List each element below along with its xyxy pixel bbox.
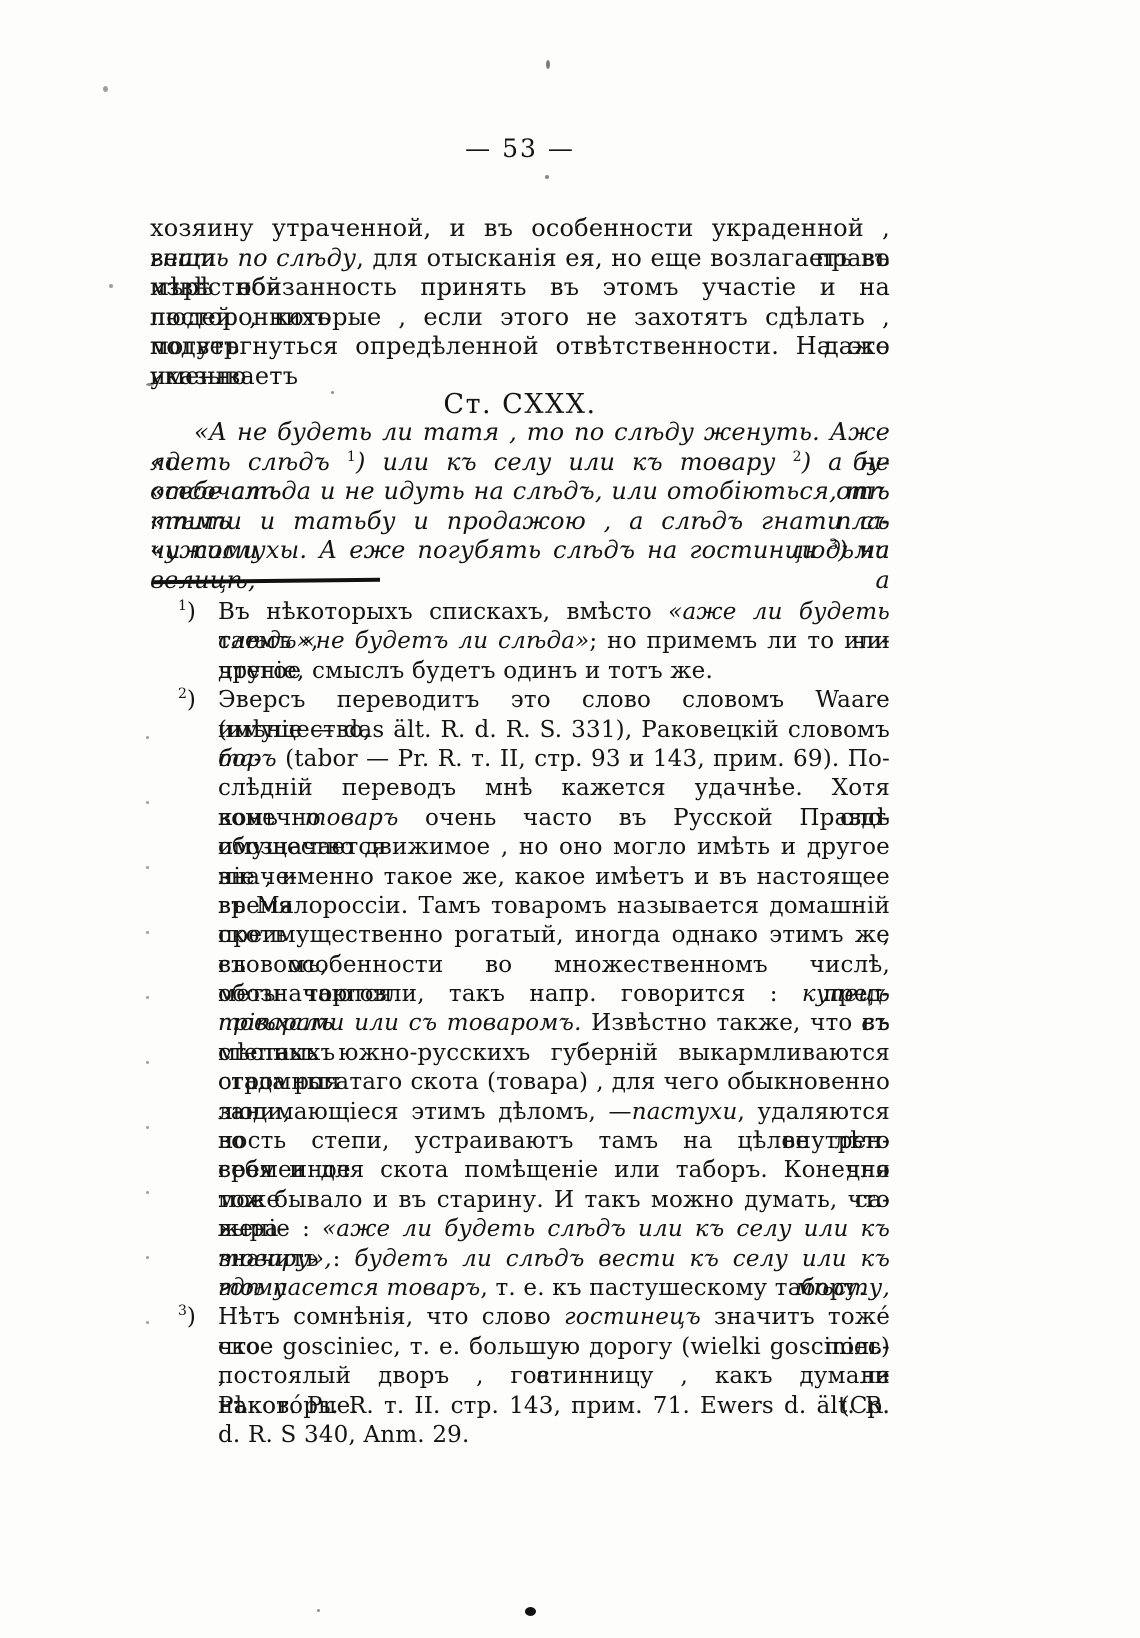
footnote-marker: 1) (178, 598, 196, 627)
ink-speck (146, 1061, 149, 1064)
text-line: имѣніе — das ält. R. d. R. S. 331), Рако… (218, 716, 890, 745)
text-line: имущество движимое , но оно могло имѣть … (218, 833, 890, 862)
text-line: мѣрѣ обязанность принять въ этомъ участі… (150, 273, 890, 303)
text-line: людей , которые , если этого не захотятъ… (150, 303, 890, 333)
text-line: «А не будеть ли татя , то по слѣду женут… (150, 418, 890, 448)
text-line: ность степи, устраиваютъ тамъ на цѣлое л… (218, 1127, 890, 1156)
footnotes-block: 1)Въ нѣкоторыхъ спискахъ, вмѣсто «аже ли… (150, 598, 890, 1450)
text-line: мое бывало и въ старину. И такъ можно ду… (218, 1186, 890, 1215)
ink-speck (546, 60, 550, 69)
text-line: гдѣ пасется товаръ, т. е. къ пастушеском… (218, 1274, 890, 1303)
text-line: меты торговли, такъ напр. говорится : ку… (218, 980, 890, 1009)
book-page: — 53 — хозяину утраченной, и въ особенно… (0, 0, 1140, 1638)
text-line: товарами или съ товаромъ. Извѣстно также… (218, 1009, 890, 1038)
text-line: занимающіеся этимъ дѣломъ, —пастухи, уда… (218, 1098, 890, 1127)
page-number: — 53 — (150, 134, 890, 164)
ink-speck (146, 931, 149, 934)
statute-quote: «А не будеть ли татя , то по слѣду женут… (150, 418, 890, 566)
text-line: женіе : «аже ли будеть слѣдъ или къ селу… (218, 1215, 890, 1244)
text-line: «и послухы. А еже погубять слѣдъ на гост… (150, 536, 890, 566)
text-line: слѣдній переводъ мнѣ кажется удачнѣе. Хо… (218, 774, 890, 803)
ink-speck (146, 383, 154, 386)
text-line: таемъ «не будетъ ли слѣда»; но примемъ л… (218, 627, 890, 656)
text-line: Въ нѣкоторыхъ спискахъ, вмѣсто «аже ли б… (218, 598, 890, 627)
text-line: хозяину утраченной, и въ особенности укр… (150, 214, 890, 244)
ink-speck (545, 175, 549, 179)
footnote-marker: 3) (178, 1303, 196, 1332)
ink-speck (146, 996, 149, 999)
text-line: вомъ товаръ очень часто въ Русской Правд… (218, 804, 890, 833)
ink-speck (146, 1126, 149, 1129)
footnote: 2)Эверсъ переводитъ это слово словомъ Wa… (150, 686, 890, 1303)
ink-speck (331, 391, 334, 394)
text-line: ніе , именно такое же, какое имѣетъ и въ… (218, 863, 890, 892)
text-line: ское gosciniec, т. е. большую дорогу (wi… (218, 1333, 890, 1362)
ink-speck (525, 1607, 536, 1616)
main-paragraph: хозяину утраченной, и въ особенности укр… (150, 214, 890, 391)
text-line: гнать по слѣду, для отысканія ея, но еще… (150, 244, 890, 274)
ink-speck (146, 1321, 149, 1324)
footnote-marker: 2) (178, 686, 196, 715)
text-line: мѣстахъ южно-русскихъ губерній выкармлив… (218, 1039, 890, 1068)
text-line: Эверсъ переводитъ это слово словомъ Waar… (218, 686, 890, 715)
text-line: «себе слѣда и не идуть на слѣдъ, или ото… (150, 477, 890, 507)
ink-speck (146, 866, 149, 869)
text-line: въ Малороссіи. Тамъ товаромъ называется … (218, 892, 890, 921)
ink-speck (146, 1256, 149, 1259)
footnote: 1)Въ нѣкоторыхъ спискахъ, вмѣсто «аже ли… (150, 598, 890, 686)
ink-speck (317, 1609, 320, 1612)
text-line: «тити и татьбу и продажою , а слѣдъ гнат… (150, 507, 890, 537)
section-heading: Ст. CXXX. (150, 389, 890, 419)
text-line: боръ (tabor — Pr. R. т. II, стр. 93 и 14… (218, 745, 890, 774)
text-line: постоялый дворъ , гостинницу , какъ дума… (218, 1362, 890, 1391)
text-line: d. R. S 340, Anm. 29. (218, 1421, 890, 1450)
ink-speck (146, 736, 149, 739)
ink-speck (146, 1191, 149, 1194)
ink-speck (146, 801, 149, 804)
ink-speck (103, 86, 108, 92)
text-line: стада рогатаго скота (товара) , для чего… (218, 1068, 890, 1097)
text-line: Раков. Pr. R. т. II. стр. 143, прим. 71.… (218, 1392, 890, 1421)
text-line: преимущественно рогатый, иногда однако э… (218, 921, 890, 950)
text-line: себя и для скота помѣщеніе или таборъ. К… (218, 1156, 890, 1185)
footnote: 3)Нѣтъ сомнѣнія, что слово гостинецъ зна… (150, 1303, 890, 1450)
text-line: «деть слѣдъ 1) или къ селу или къ товару… (150, 448, 890, 478)
text-line: значитъ : будетъ ли слѣдъ вести къ селу … (218, 1245, 890, 1274)
text-line: подвергнуться опредѣленной отвѣтственнос… (150, 332, 890, 362)
ink-speck (109, 284, 113, 288)
text-line: Нѣтъ сомнѣнія, что слово гостинецъ значи… (218, 1303, 890, 1332)
text-line: въ особенности во множественномъ числѣ, … (218, 951, 890, 980)
text-line: чтеніе, смыслъ будетъ одинъ и тотъ же. (218, 657, 890, 686)
